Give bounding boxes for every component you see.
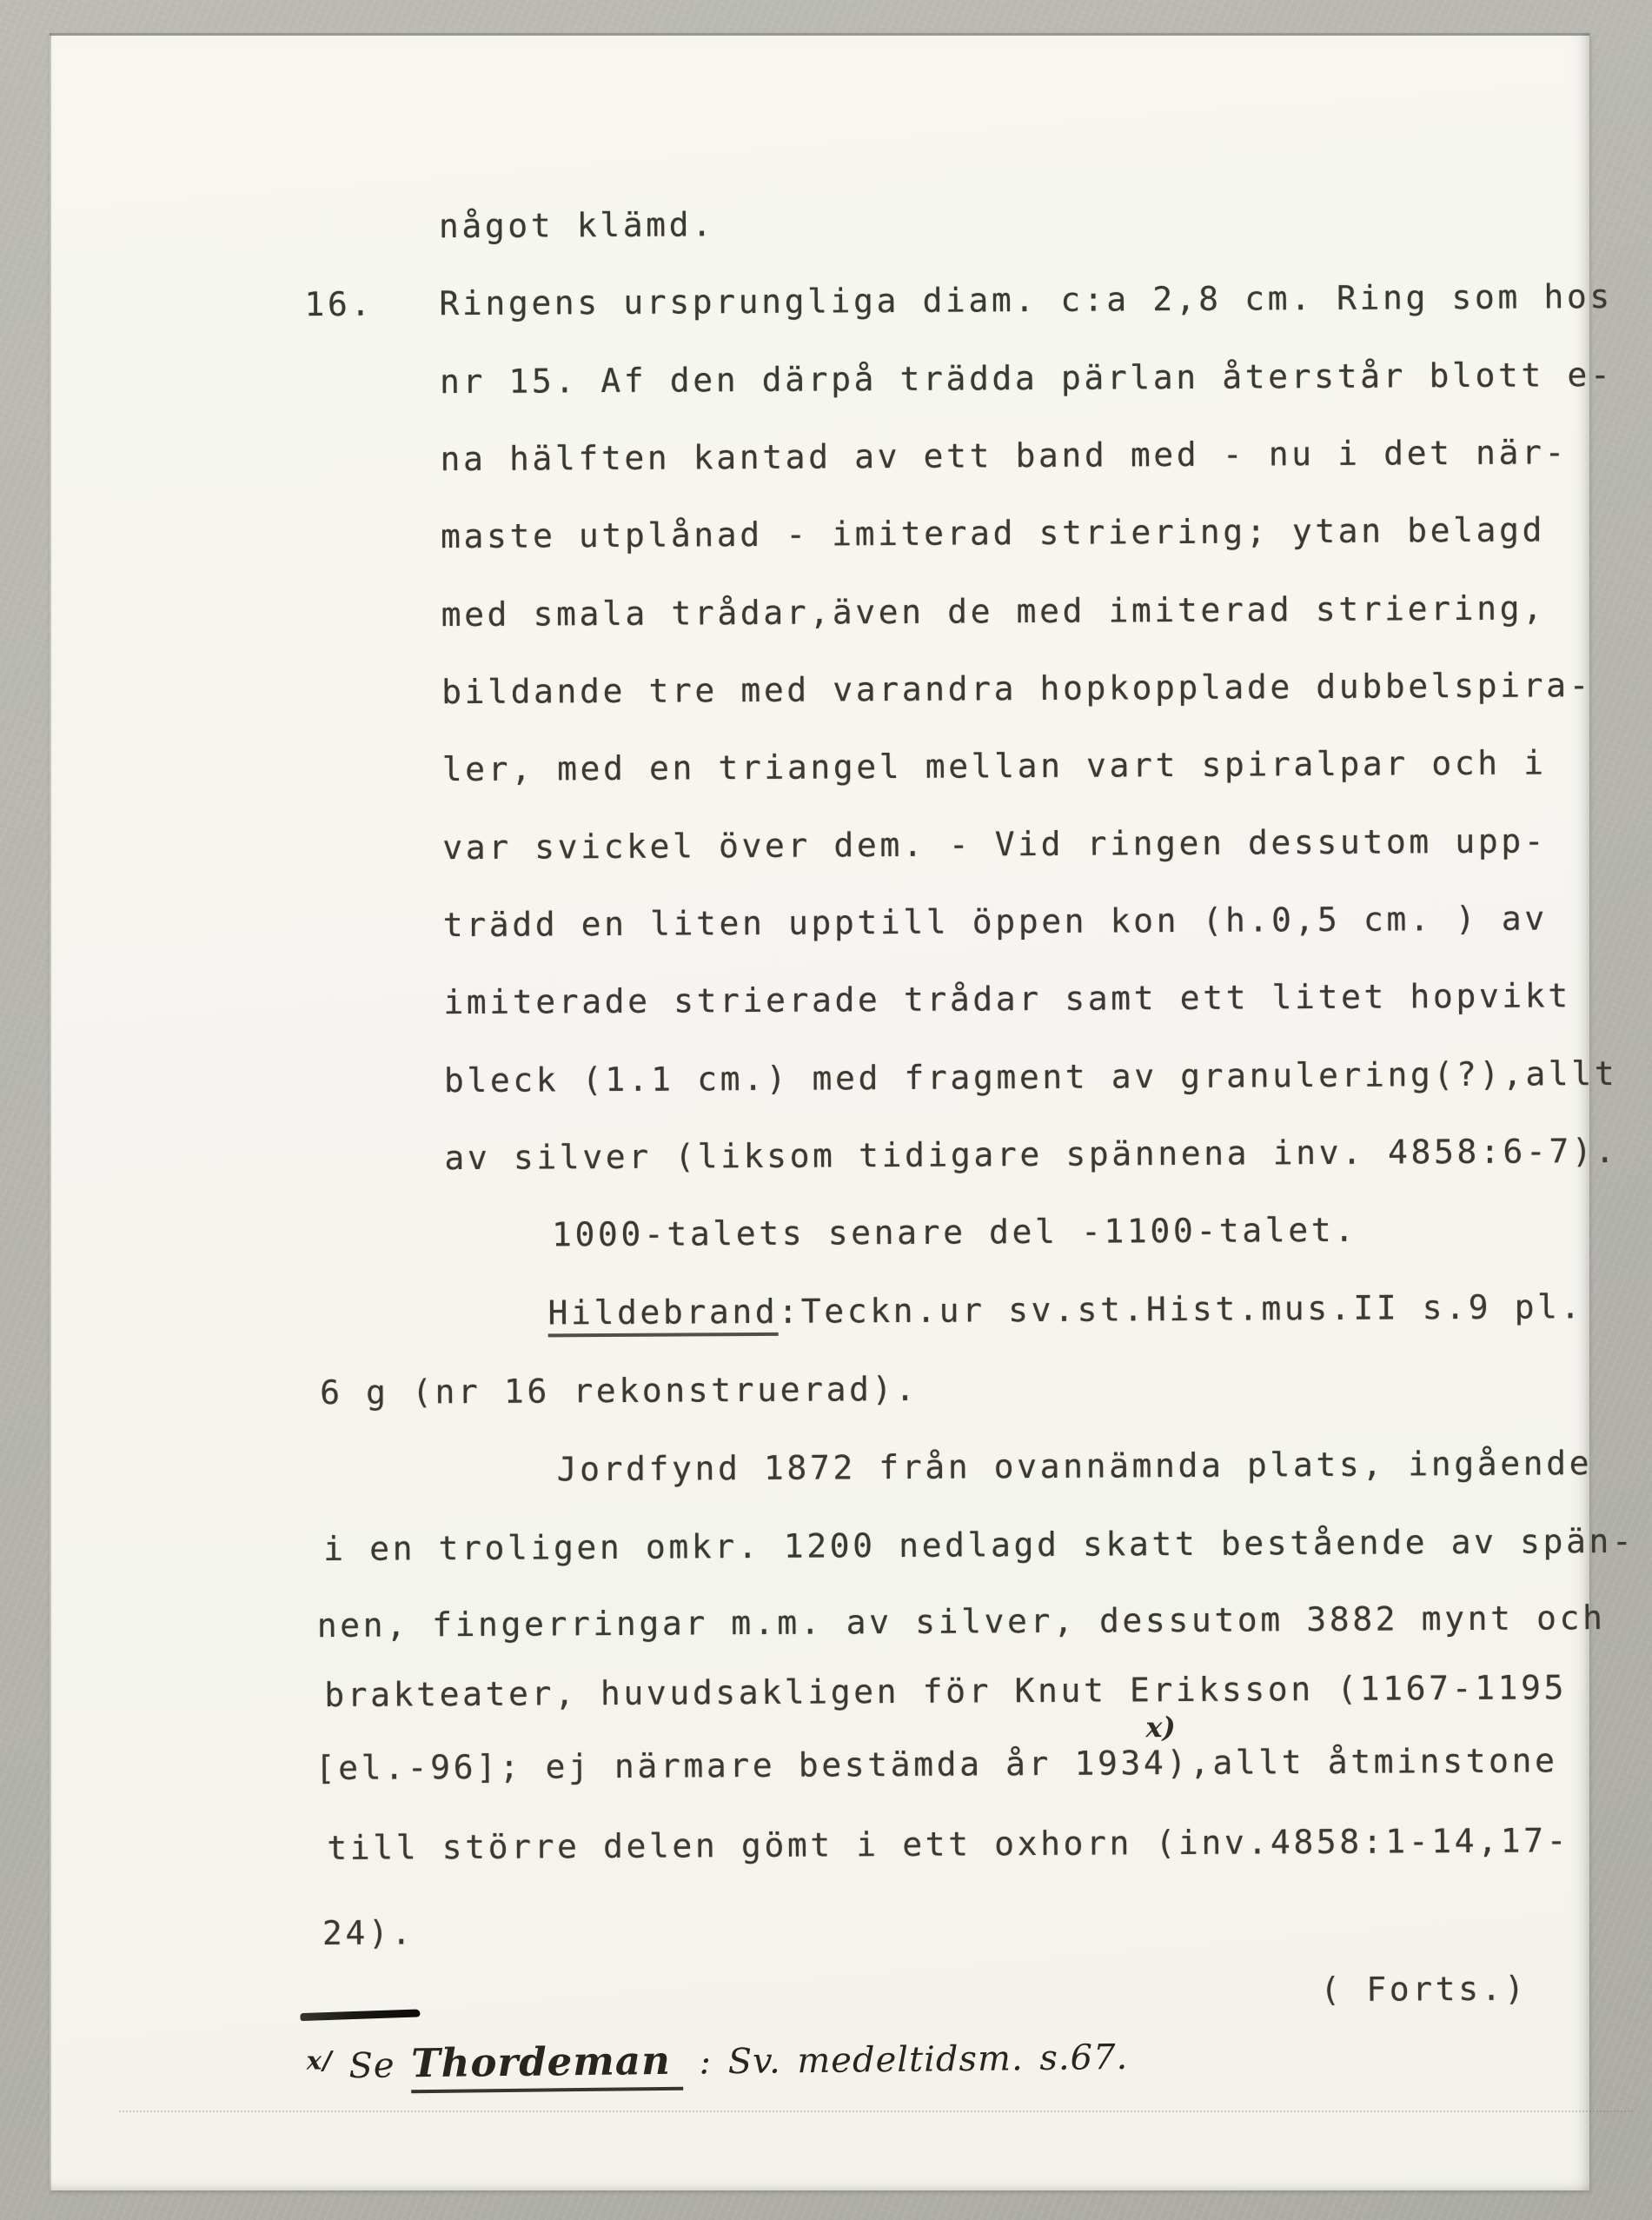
typed-line: Ringens ursprungliga diam. c:a 2,8 cm. R… [439, 277, 1613, 324]
typed-line: maste utplånad - imiterad striering; yta… [441, 510, 1545, 556]
typed-lines: något klämd.Ringens ursprungliga diam. c… [38, 25, 1578, 35]
typed-line: nen, fingerringar m.m. av silver, dessut… [317, 1599, 1606, 1646]
typed-line: något klämd. [439, 205, 715, 247]
typed-line: i en troligen omkr. 1200 nedlagd skatt b… [323, 1522, 1635, 1570]
typed-content: 16. något klämd.Ringens ursprungliga dia… [38, 25, 1591, 2192]
typed-line: 6 g (nr 16 rekonstruerad). [320, 1370, 919, 1413]
typed-line: na hälften kantad av ett band med - nu i… [440, 433, 1568, 480]
footnote-pre-text: Se [332, 2045, 411, 2086]
typed-line: nr 15. Af den därpå trädda pärlan återst… [440, 356, 1614, 402]
footnote-rest-text: : Sv. medeltidsm. s.67. [683, 2037, 1129, 2083]
scanned-page-background: 16. något klämd.Ringens ursprungliga dia… [0, 0, 1652, 2220]
typed-line: [el.-96]; ej närmare bestämda år 1934),a… [315, 1741, 1558, 1788]
typed-line: till större delen gömt i ett oxhorn (inv… [327, 1821, 1569, 1868]
footnote-author: Thordeman [411, 2037, 683, 2094]
typed-line: Hildebrand:Teckn.ur sv.st.Hist.mus.II s.… [547, 1287, 1583, 1333]
document-paper: 16. något klämd.Ringens ursprungliga dia… [50, 33, 1589, 2190]
typed-line: 1000-talets senare del -1100-talet. [552, 1211, 1357, 1255]
footnote-superscript-mark: x) [1145, 1711, 1175, 1744]
typed-line: bildande tre med varandra hopkopplade du… [441, 666, 1592, 713]
typed-line: trädd en liten upptill öppen kon (h.0,5 … [443, 899, 1548, 945]
typed-line: av silver (liksom tidigare spännena inv.… [444, 1132, 1618, 1179]
item-number: 16. [304, 285, 374, 325]
continuation-note: ( Forts.) [1320, 1970, 1528, 2011]
typed-line: bleck (1.1 cm.) med fragment av granuler… [444, 1054, 1618, 1101]
typed-line: brakteater, huvudsakligen för Knut Eriks… [324, 1668, 1567, 1715]
typed-line: var svickel över dem. - Vid ringen dessu… [442, 821, 1547, 867]
footnote-separator-stroke [300, 2009, 420, 2021]
scan-artifact-line [119, 2110, 1633, 2112]
typed-line: ler, med en triangel mellan vart spiralp… [442, 743, 1547, 789]
typed-line: imiterade strierade trådar samt ett lite… [443, 976, 1571, 1023]
typed-line: 24). [322, 1913, 415, 1953]
footnote: x/ Se Thordeman : Sv. medeltidsm. s.67. [307, 2032, 1129, 2088]
underlined-reference: Hildebrand [547, 1293, 778, 1338]
typed-line: Jordfynd 1872 från ovannämnda plats, ing… [557, 1444, 1593, 1490]
footnote-mark: x/ [307, 2045, 333, 2075]
typed-line: med smala trådar,även de med imiterad st… [441, 588, 1546, 635]
